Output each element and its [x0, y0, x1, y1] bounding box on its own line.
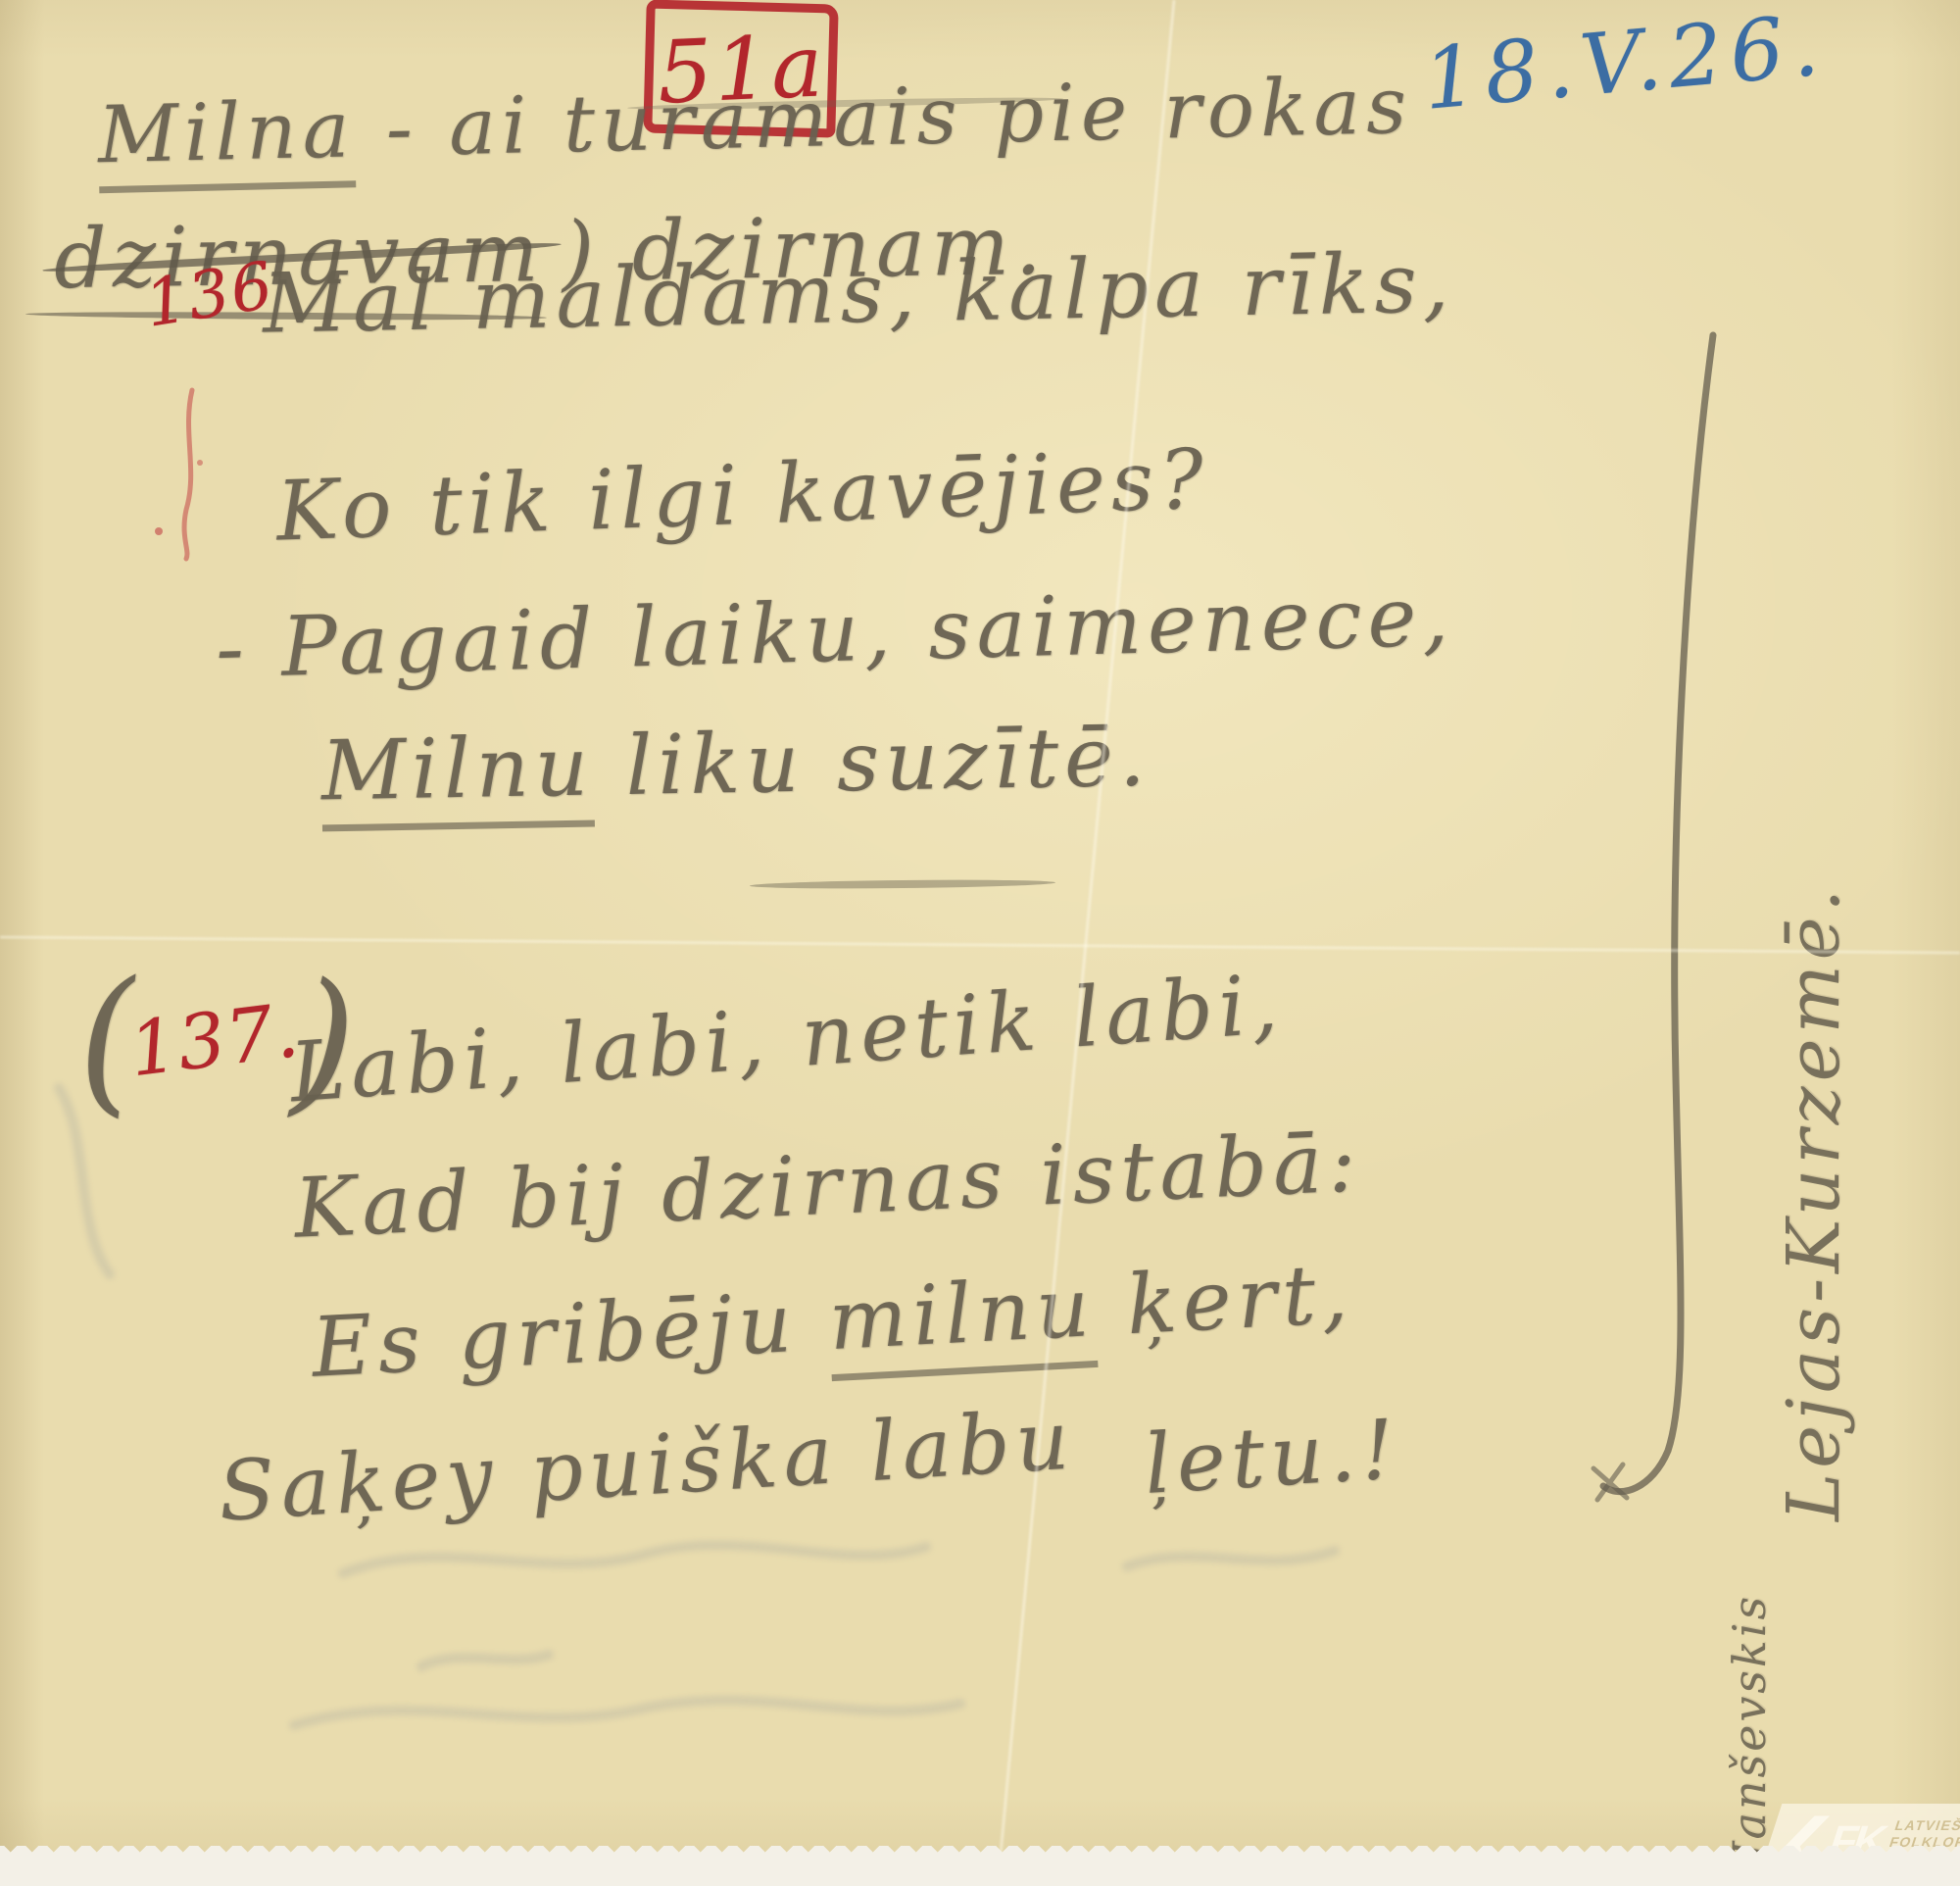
entry-136-line-4-rest: liku suzītē. — [593, 709, 1151, 815]
margin-region-note: Lejas-Kurzemē. — [1772, 884, 1856, 1521]
stanza-divider — [750, 878, 1055, 889]
stanza-bracket-line — [1588, 323, 1764, 1529]
entry-137-number: 137. — [125, 986, 305, 1093]
title-keyword: Milna — [97, 83, 357, 193]
entry-137-line-3-post: ķert, — [1093, 1245, 1356, 1355]
entry-136-line-2: Ko tik ilgi kavējies? — [275, 430, 1211, 559]
entry-137-line-4-a: Saķey puiška labu — [216, 1391, 1077, 1539]
entry-136-line-4-keyword: Milnu — [320, 719, 595, 832]
margin-collector-note: Janševskis — [1723, 1594, 1776, 1861]
entry-137-line-3-keyword: milnu — [826, 1259, 1098, 1381]
title-line: Milna - ai turamais pie rokas — [97, 60, 1413, 193]
title-rest: - ai turamais pie rokas — [354, 60, 1413, 174]
manuscript-page: 51a 18.V.26. Milna - ai turamais pie rok… — [0, 0, 1960, 1886]
serrated-paper-edge — [0, 1859, 1960, 1886]
entry-137-line-1: Labi, labi, netik labi, — [287, 956, 1287, 1121]
entry-136-line-3: - Pagaid laiku, saimenece, — [215, 568, 1455, 696]
entry-136-line-4: Milnu liku suzītē. — [320, 709, 1151, 832]
red-smudge — [127, 372, 245, 588]
lfk-text-line-1: LATVIEŠU — [1892, 1817, 1960, 1834]
date-annotation: 18.V.26. — [1419, 0, 1830, 129]
entry-137-line-2: Kad bij dzirnas istabā: — [292, 1114, 1363, 1256]
entry-137-line-4-b: ļetu.! — [1142, 1401, 1402, 1513]
entry-136-line-1: Mal maldams, kalpa rīks, — [262, 234, 1455, 351]
entry-137-line-3-pre: Es gribēju — [310, 1272, 832, 1396]
